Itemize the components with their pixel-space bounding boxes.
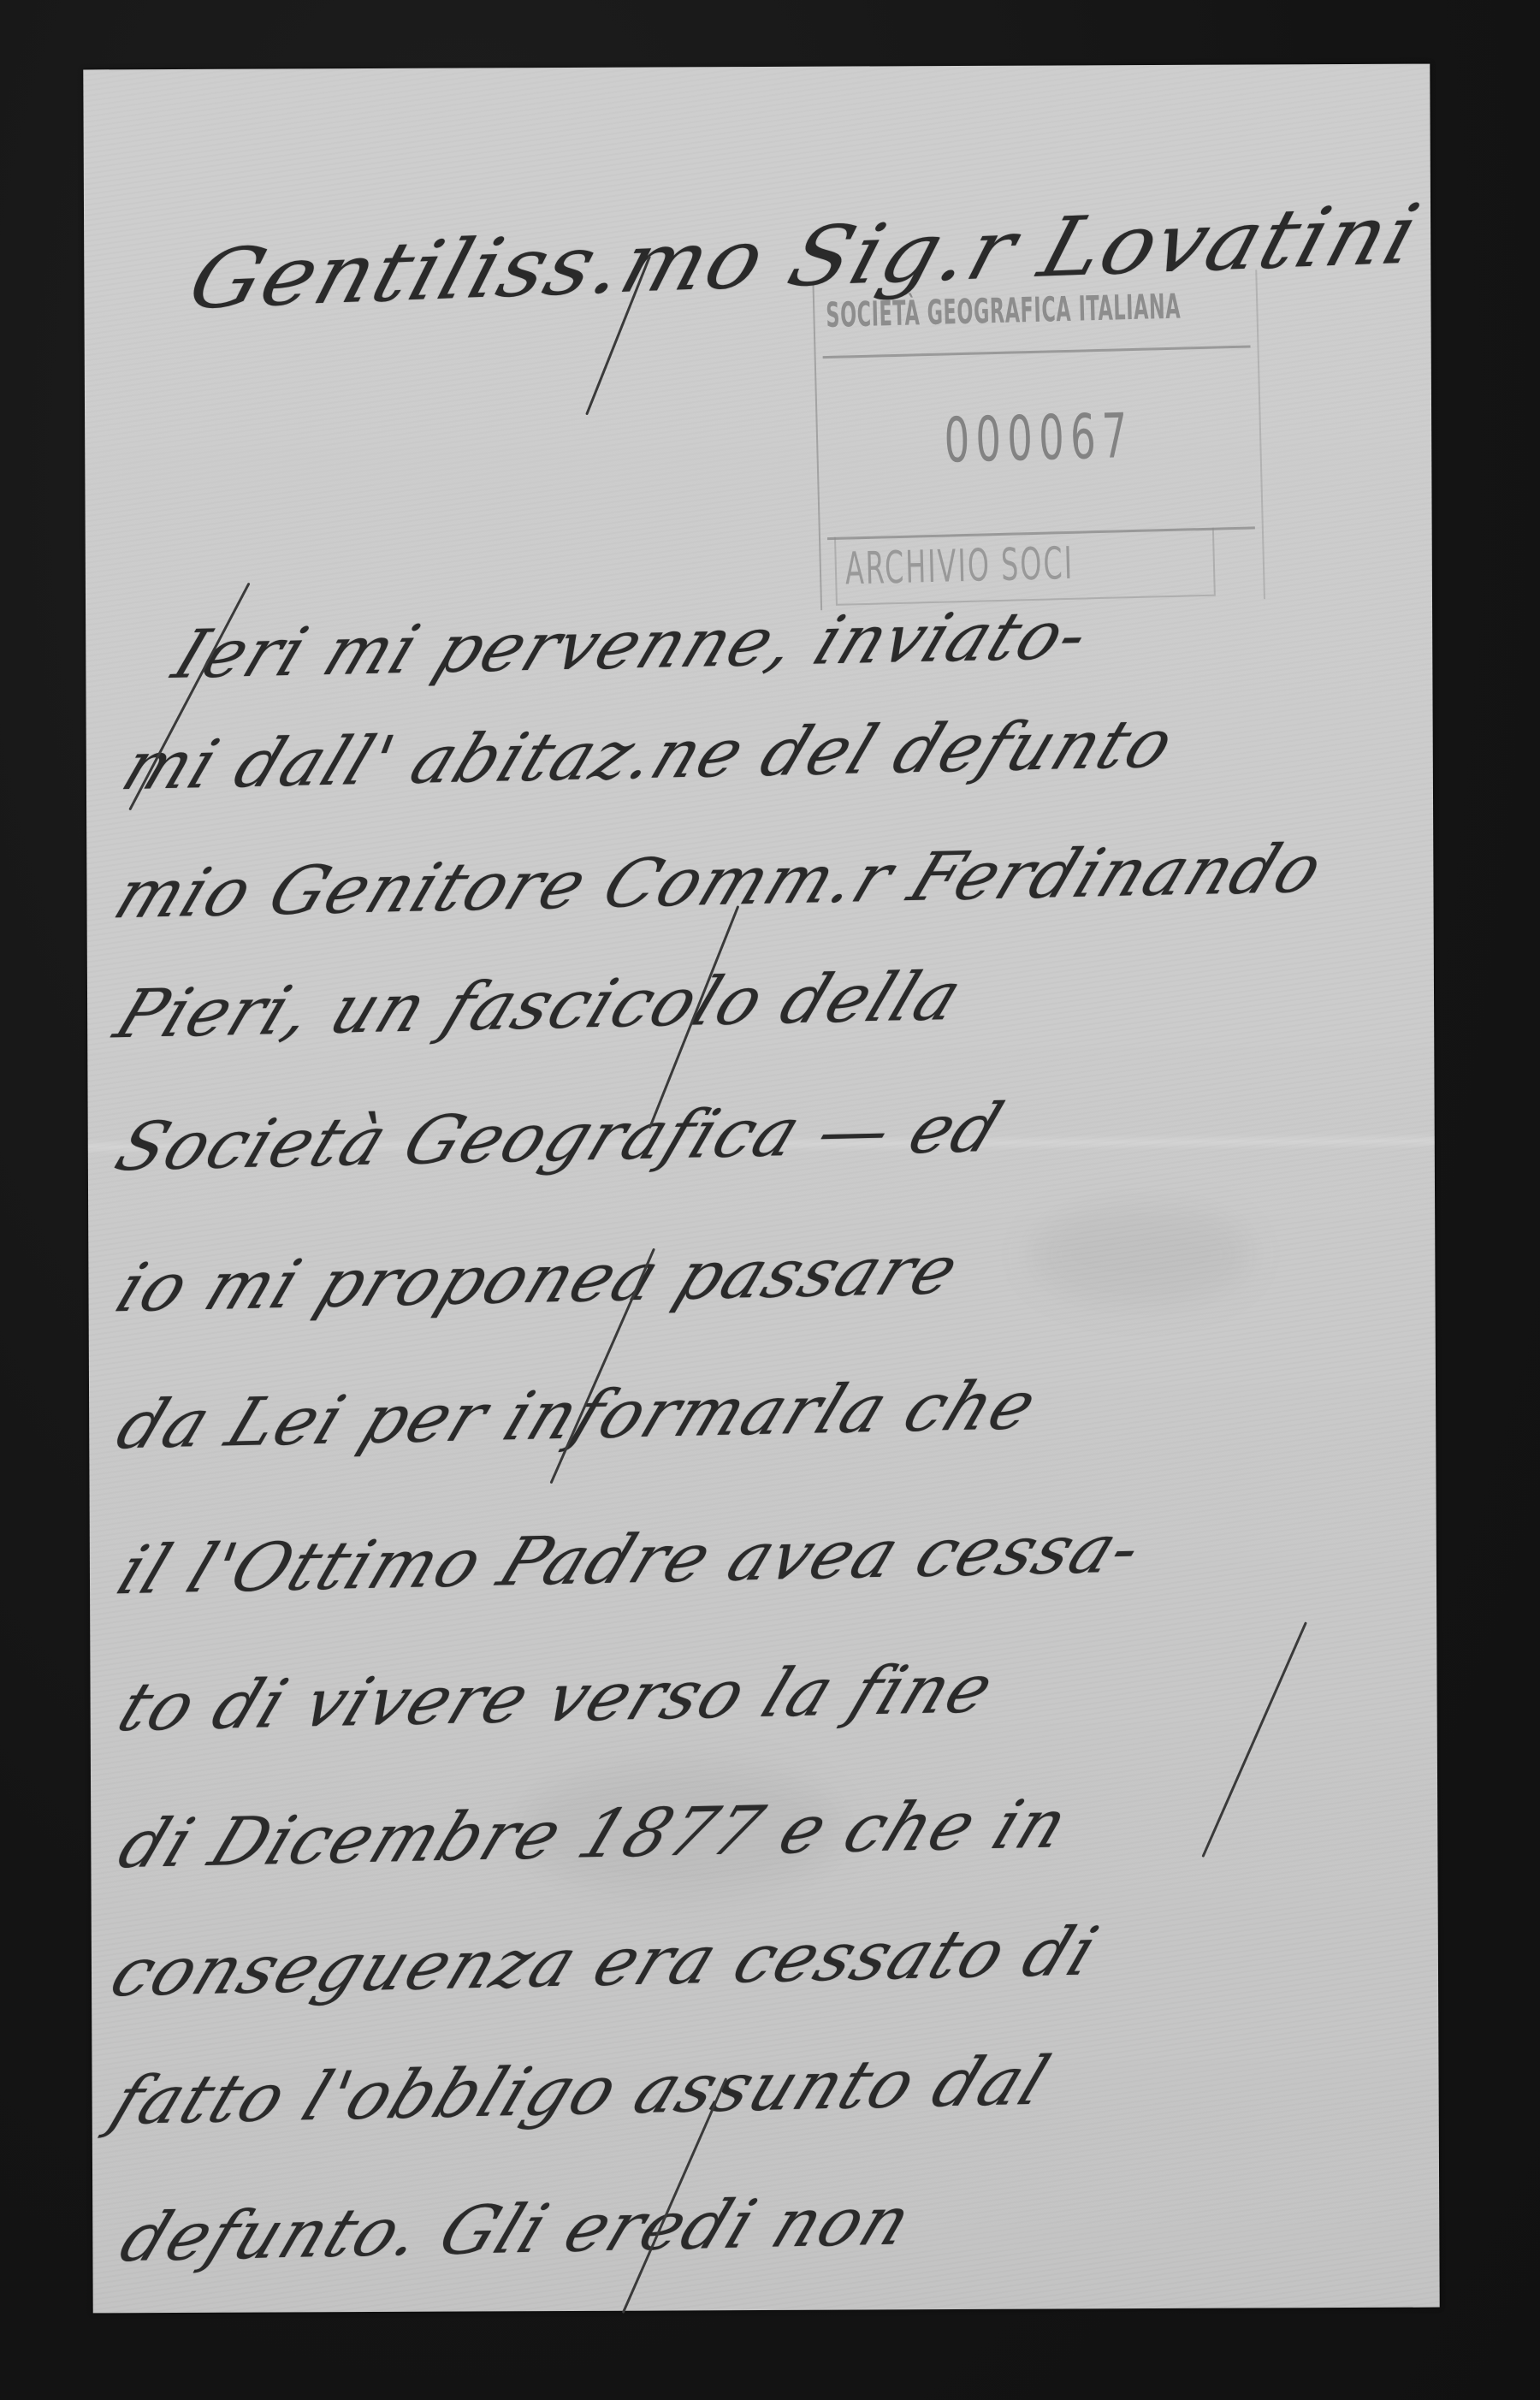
letter-line: Pieri, un fascicolo della: [104, 958, 974, 1053]
letter-line: io mi proponea passare: [106, 1232, 971, 1327]
pen-stroke: [1201, 1621, 1307, 1858]
letter-line: to di vivere verso la fine: [108, 1650, 1005, 1746]
letter-line: Società Geografica — ed: [105, 1090, 1014, 1186]
stamp-archive-label: ARCHIVIO SOCI: [844, 538, 1075, 596]
letter-line: conseguenza era cessato di: [100, 1913, 1109, 2012]
letter-line: di Dicembre 1877 e che in: [109, 1786, 1080, 1883]
letter-page: SOCIETÀ GEOGRAFICA ITALIANA 000067 ARCHI…: [83, 64, 1439, 2314]
letter-line: mio Genitore Comm.r Ferdinando: [104, 831, 1335, 934]
letter-line: da Lei per informarla che: [106, 1367, 1048, 1464]
letter-line: defunto. Gli eredi non: [110, 2183, 923, 2277]
stamp-archive-number: 000067: [872, 398, 1206, 478]
letter-line: il l'Ottimo Padre avea cessa-: [107, 1510, 1153, 1609]
letter-line: mi dall' abitaz.ne del defunto: [112, 706, 1186, 806]
letter-line: Ieri mi pervenne, inviato-: [163, 597, 1100, 694]
letter-line: fatto l'obbligo assunto dal: [101, 2043, 1061, 2141]
archive-stamp: SOCIETÀ GEOGRAFICA ITALIANA 000067 ARCHI…: [803, 270, 1291, 611]
paper-stain: [1029, 1202, 1253, 1306]
